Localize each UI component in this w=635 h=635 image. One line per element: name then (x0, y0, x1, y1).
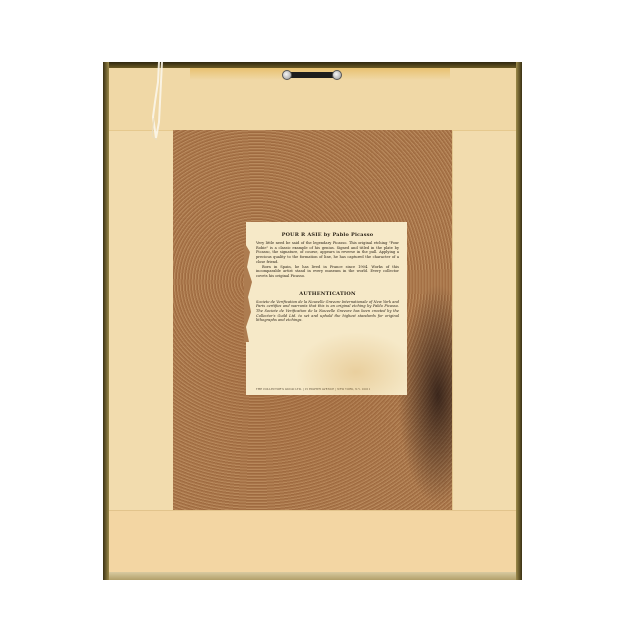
screw-icon (282, 70, 292, 80)
frame-edge-bottom (103, 572, 522, 580)
hanger-bar (288, 72, 336, 78)
frame-edge-right (516, 62, 522, 580)
authentication-heading: AUTHENTICATION (256, 291, 399, 297)
torn-edge (244, 242, 254, 342)
authentication-text: Societe de Verification de la Nouvelle G… (256, 300, 399, 324)
tape-strip-right (452, 68, 517, 572)
frame-edge-left (103, 62, 109, 580)
authentication-label: POUR R ASIE by Pablo Picasso Very little… (246, 222, 407, 395)
sawtooth-hanger (282, 70, 342, 80)
tape-strip-left (109, 68, 174, 572)
label-paragraph: Born in Spain, he has lived in France si… (256, 265, 399, 279)
label-title: POUR R ASIE by Pablo Picasso (256, 232, 399, 238)
hanging-string (150, 62, 164, 142)
screw-icon (332, 70, 342, 80)
frame-edge-top (103, 62, 522, 68)
label-paragraph: Very little need be said of the legendar… (256, 241, 399, 265)
tape-strip-bottom (109, 510, 516, 573)
label-footer: THE COLLECTOR'S GUILD LTD. | 15 EIGHTH A… (256, 388, 401, 391)
